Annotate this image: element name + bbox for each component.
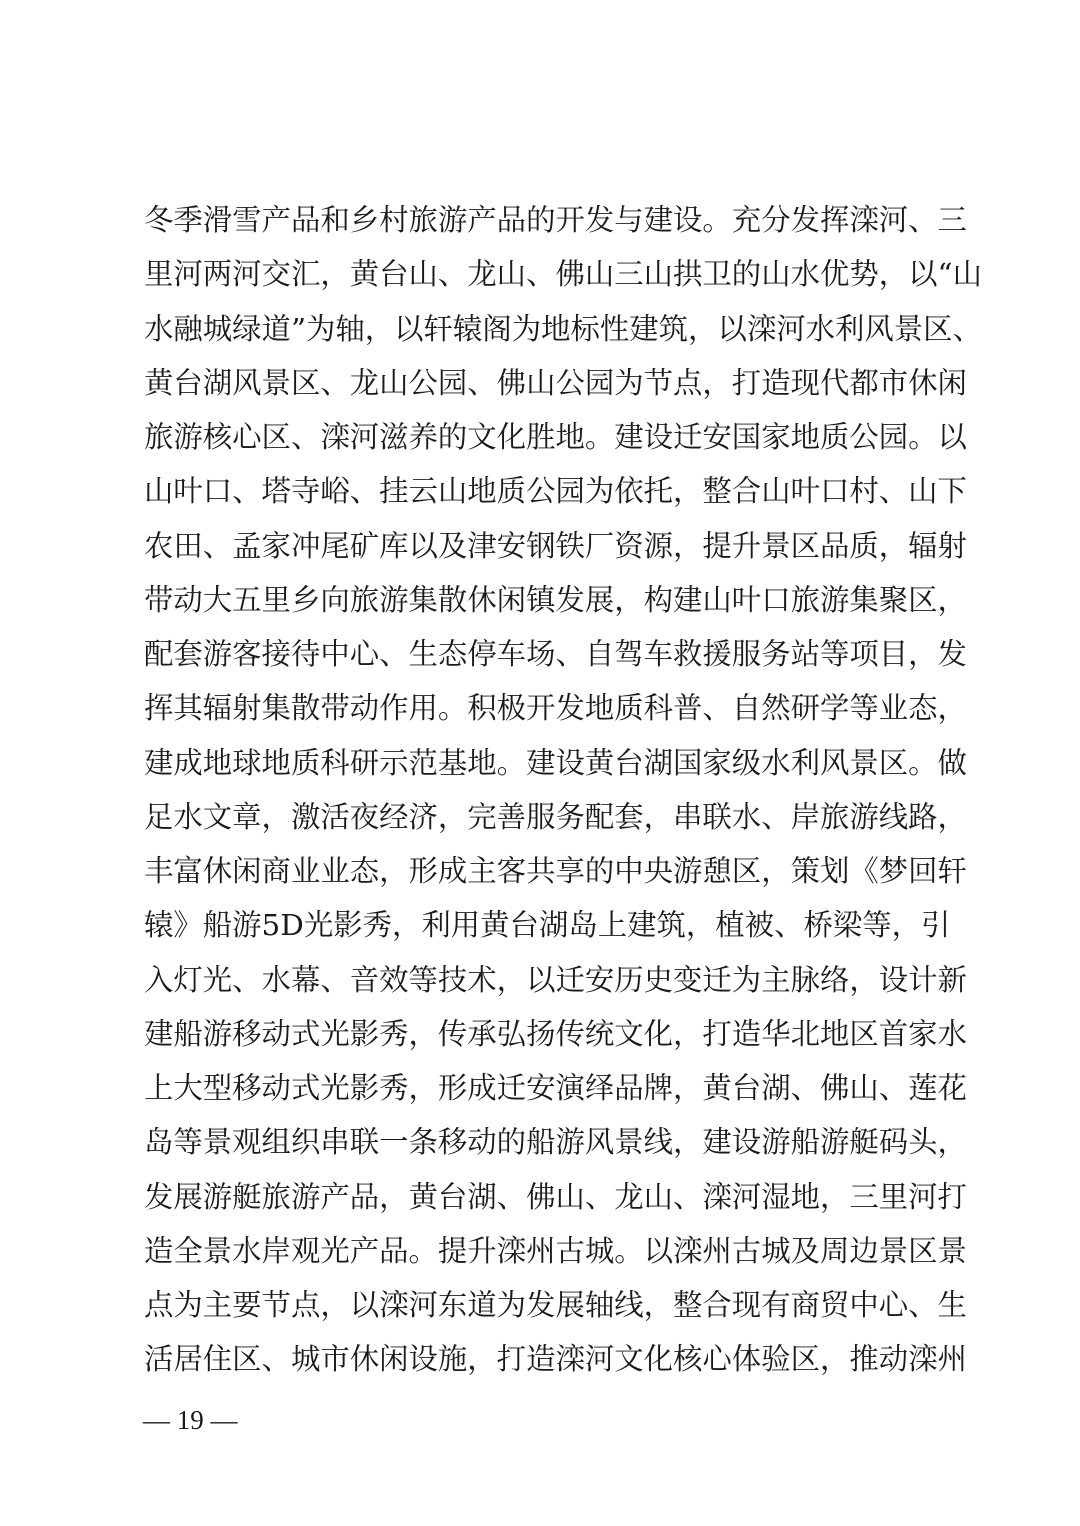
- text-line: 配套游客接待中心、生态停车场、自驾车救援服务站等项目，发: [144, 627, 944, 681]
- text-line: 上大型移动式光影秀，形成迁安演绎品牌，黄台湖、佛山、莲花: [144, 1061, 944, 1115]
- text-line: 岛等景观组织串联一条移动的船游风景线，建设游船游艇码头，: [144, 1115, 944, 1169]
- text-line: 建船游移动式光影秀，传承弘扬传统文化，打造华北地区首家水: [144, 1007, 944, 1061]
- text-line: 挥其辐射集散带动作用。积极开发地质科普、自然研学等业态，: [144, 681, 944, 735]
- text-line: 入灯光、水幕、音效等技术，以迁安历史变迁为主脉络，设计新: [144, 953, 944, 1007]
- text-line: 丰富休闲商业业态，形成主客共享的中央游憩区，策划《梦回轩: [144, 844, 944, 898]
- text-line: 里河两河交汇，黄台山、龙山、佛山三山拱卫的山水优势，以“山: [144, 247, 944, 301]
- text-line: 足水文章，激活夜经济，完善服务配套，串联水、岸旅游线路，: [144, 790, 944, 844]
- text-line: 造全景水岸观光产品。提升滦州古城。以滦州古城及周边景区景: [144, 1224, 944, 1278]
- page-number: — 19 —: [143, 1405, 238, 1436]
- text-line: 活居住区、城市休闲设施，打造滦河文化核心体验区，推动滦州: [144, 1332, 944, 1386]
- text-line: 发展游艇旅游产品，黄台湖、佛山、龙山、滦河湿地，三里河打: [144, 1170, 944, 1224]
- text-line: 冬季滑雪产品和乡村旅游产品的开发与建设。充分发挥滦河、三: [144, 193, 944, 247]
- text-line: 农田、孟家冲尾矿库以及津安钢铁厂资源，提升景区品质，辐射: [144, 519, 944, 573]
- text-line: 建成地球地质科研示范基地。建设黄台湖国家级水利风景区。做: [144, 736, 944, 790]
- text-line: 水融城绿道”为轴，以轩辕阁为地标性建筑，以滦河水利风景区、: [144, 302, 944, 356]
- text-line: 黄台湖风景区、龙山公园、佛山公园为节点，打造现代都市休闲: [144, 356, 944, 410]
- text-line: 山叶口、塔寺峪、挂云山地质公园为依托，整合山叶口村、山下: [144, 464, 944, 518]
- body-text: 冬季滑雪产品和乡村旅游产品的开发与建设。充分发挥滦河、三 里河两河交汇，黄台山、…: [144, 193, 944, 1387]
- text-line: 带动大五里乡向旅游集散休闲镇发展，构建山叶口旅游集聚区，: [144, 573, 944, 627]
- text-line: 旅游核心区、滦河滋养的文化胜地。建设迁安国家地质公园。以: [144, 410, 944, 464]
- text-line: 辕》船游5D光影秀，利用黄台湖岛上建筑，植被、桥梁等，引: [144, 898, 944, 952]
- text-line: 点为主要节点，以滦河东道为发展轴线，整合现有商贸中心、生: [144, 1278, 944, 1332]
- document-page: 冬季滑雪产品和乡村旅游产品的开发与建设。充分发挥滦河、三 里河两河交汇，黄台山、…: [0, 0, 1080, 1526]
